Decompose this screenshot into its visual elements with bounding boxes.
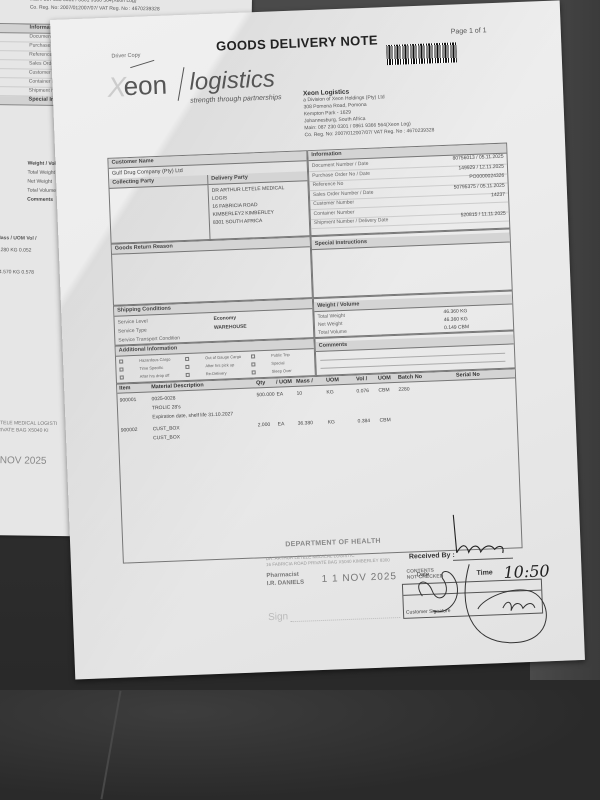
back-stamp-date: 1 NOV 2025 [0, 455, 47, 467]
seat-fabric [0, 690, 600, 800]
svg-text:10:50: 10:50 [503, 561, 550, 582]
address-line: Co. Reg. No: 2007/012007/07/ VAT Reg. No… [30, 4, 160, 14]
goods-delivery-note: GOODS DELIVERY NOTE Page 1 of 1 Driver C… [50, 0, 585, 679]
back-address: Main: 087 230 0301 / 0861 9366 564(Xeon … [30, 0, 160, 13]
handwriting-icon: 10:50 [50, 0, 585, 679]
